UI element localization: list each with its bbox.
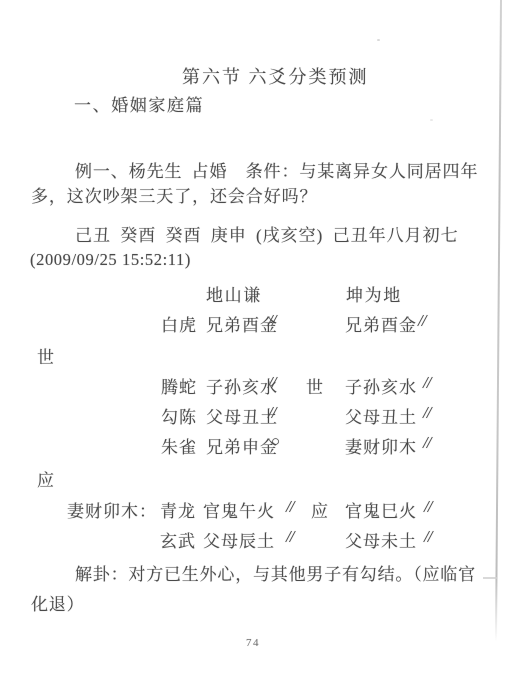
six-god-label: 朱雀 xyxy=(161,433,197,458)
changed-line-text: 兄弟酉金 xyxy=(345,311,417,336)
changed-line-text: 官鬼巳火 xyxy=(345,497,417,522)
yin-line-marker: // xyxy=(268,373,275,393)
world-marker: 世 xyxy=(306,373,324,398)
changed-line-text: 父母未土 xyxy=(345,527,417,552)
four-pillars-line: 己丑 癸酉 癸酉 庚申 (戌亥空) 己丑年八月初七 xyxy=(75,221,459,246)
hexagram-row: 玄武 父母辰土 // 父母未土 // xyxy=(0,527,510,549)
scan-artifact-dash xyxy=(483,577,497,579)
changed-line-text: 妻财卯木 xyxy=(345,433,417,458)
book-page: 第六节 六爻分类预测 一、婚姻家庭篇 例一、杨先生 占婚 条件：与某离异女人同居… xyxy=(0,0,510,693)
interpretation-line1: 解卦：对方已生外心，与其他男子有勾结。（应临官 xyxy=(75,560,476,585)
changed-line-text: 子孙亥水 xyxy=(345,373,417,398)
primary-line-text: 官鬼午火 xyxy=(203,497,275,522)
hexagram-row: 腾蛇 子孙亥水 // 世 子孙亥水 // xyxy=(0,373,510,395)
scan-speck xyxy=(377,39,380,41)
page-number: 74 xyxy=(0,637,506,649)
primary-hexagram-name: 地山谦 xyxy=(206,281,262,306)
yin-line-marker: // xyxy=(424,527,431,547)
yin-line-marker: // xyxy=(423,433,430,453)
hexagram-row: 勾陈 父母丑土 // 父母丑土 // xyxy=(0,403,510,425)
response-marker: 应 xyxy=(311,497,329,522)
yin-line-marker: // xyxy=(424,497,431,517)
changed-hexagram-name: 坤为地 xyxy=(346,281,402,306)
yin-line-marker: // xyxy=(286,527,293,547)
primary-line-text: 兄弟申金 xyxy=(206,433,278,458)
hexagram-row: 白虎 兄弟酉金 // 兄弟酉金 // xyxy=(0,311,510,333)
world-marker-wrapped: 世 xyxy=(37,343,54,368)
six-god-label: 勾陈 xyxy=(161,403,197,428)
hexagram-row: 妻财卯木： 青龙 官鬼午火 // 应 官鬼巳火 // xyxy=(0,497,510,519)
changed-line-text: 父母丑土 xyxy=(345,403,417,428)
case-description-line1: 例一、杨先生 占婚 条件：与某离异女人同居四年 xyxy=(75,157,478,182)
response-marker-wrapped: 应 xyxy=(37,466,54,491)
moving-line-marker: ○ xyxy=(271,434,281,451)
case-description-line2: 多，这次吵架三天了，还会合好吗？ xyxy=(31,182,317,207)
interpretation-line2: 化退） xyxy=(31,590,84,615)
yin-line-marker: // xyxy=(268,311,275,331)
scan-speck xyxy=(430,119,433,121)
six-god-label: 腾蛇 xyxy=(161,373,197,398)
subsection-title: 一、婚姻家庭篇 xyxy=(74,91,204,116)
yin-line-marker: // xyxy=(418,311,425,331)
yin-line-marker: // xyxy=(268,403,275,423)
changed-into-prefix: 妻财卯木： xyxy=(67,497,157,522)
yin-line-marker: // xyxy=(423,373,430,393)
six-god-label: 玄武 xyxy=(160,527,196,552)
yin-line-marker: // xyxy=(423,403,430,423)
six-god-label: 白虎 xyxy=(161,311,197,336)
hexagram-row: 朱雀 兄弟申金 ○ 妻财卯木 // xyxy=(0,433,510,455)
section-title: 第六节 六爻分类预测 xyxy=(182,63,369,89)
yin-line-marker: // xyxy=(286,497,293,517)
primary-line-text: 父母辰土 xyxy=(203,527,275,552)
six-god-label: 青龙 xyxy=(160,497,196,522)
datetime-line: (2009/09/25 15:52:11) xyxy=(30,250,191,270)
